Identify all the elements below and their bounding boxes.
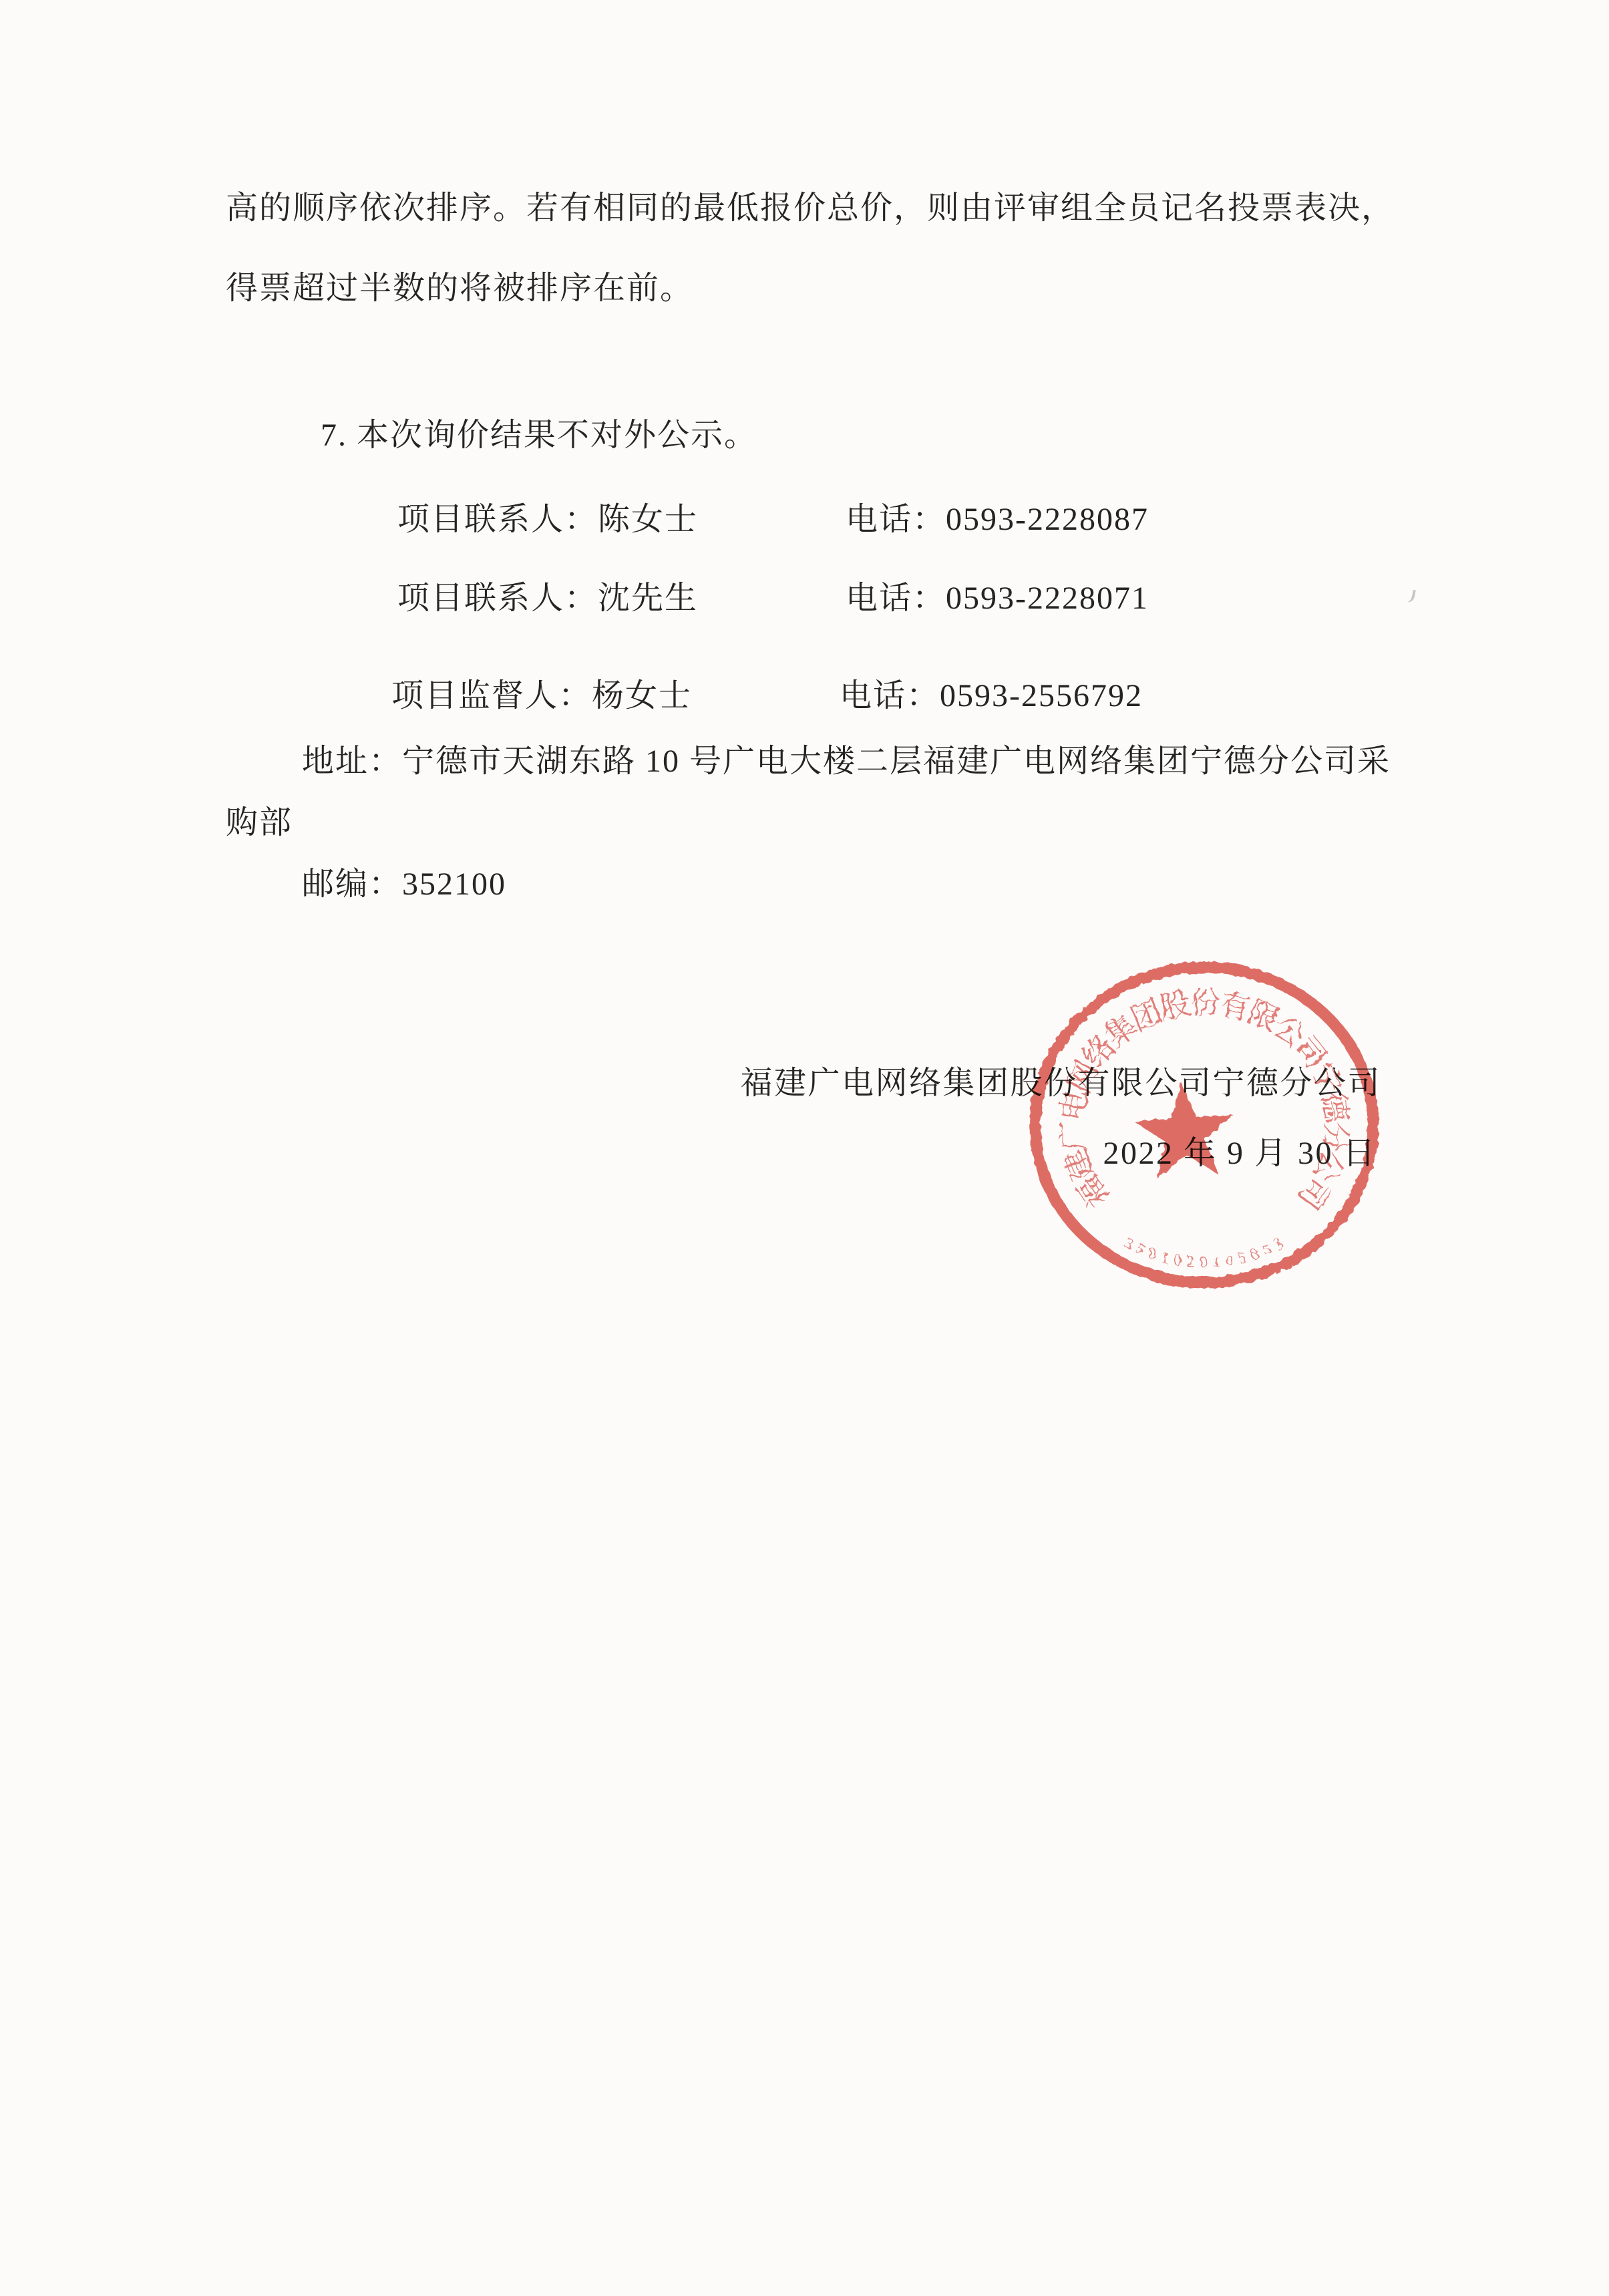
contact-label: 项目监督人：杨女士	[391, 680, 692, 712]
paragraph-line-1: 高的顺序依次排序。若有相同的最低报价总价，则由评审组全员记名投票表决，	[226, 192, 1395, 224]
contact-phone: 电话：0593-2556792	[840, 680, 1143, 712]
contact-label: 项目联系人：陈女士	[397, 504, 698, 536]
contact-phone: 电话：0593-2228087	[846, 504, 1149, 536]
seal-serial-number: 3501020105853	[1121, 1233, 1289, 1271]
company-seal-stamp: 福建广电网络集团股份有限公司宁德分公司 3501020105853	[1017, 947, 1398, 1308]
contact-phone: 电话：0593-2228071	[846, 583, 1149, 615]
address-line-1: 地址：宁德市天湖东路 10 号广电大楼二层福建广电网络集团宁德分公司采	[302, 746, 1391, 778]
seal-ring-text: 福建广电网络集团股份有限公司宁德分公司	[1054, 985, 1355, 1215]
contact-row: 项目监督人：杨女士 电话：0593-2556792	[0, 680, 1609, 720]
seal-star-icon	[1134, 1082, 1233, 1178]
scanned-document-page: 高的顺序依次排序。若有相同的最低报价总价，则由评审组全员记名投票表决， 得票超过…	[0, 0, 1609, 2296]
clause-7-text: 7. 本次询价结果不对外公示。	[321, 420, 757, 452]
contact-row: 项目联系人：陈女士 电话：0593-2228087	[0, 504, 1609, 544]
contact-label: 项目联系人：沈先生	[397, 583, 698, 615]
postal-code: 邮编：352100	[302, 868, 506, 900]
contact-row: 项目联系人：沈先生 电话：0593-2228071	[0, 583, 1609, 623]
address-line-2: 购部	[226, 807, 293, 839]
paragraph-line-2: 得票超过半数的将被排序在前。	[226, 273, 693, 305]
